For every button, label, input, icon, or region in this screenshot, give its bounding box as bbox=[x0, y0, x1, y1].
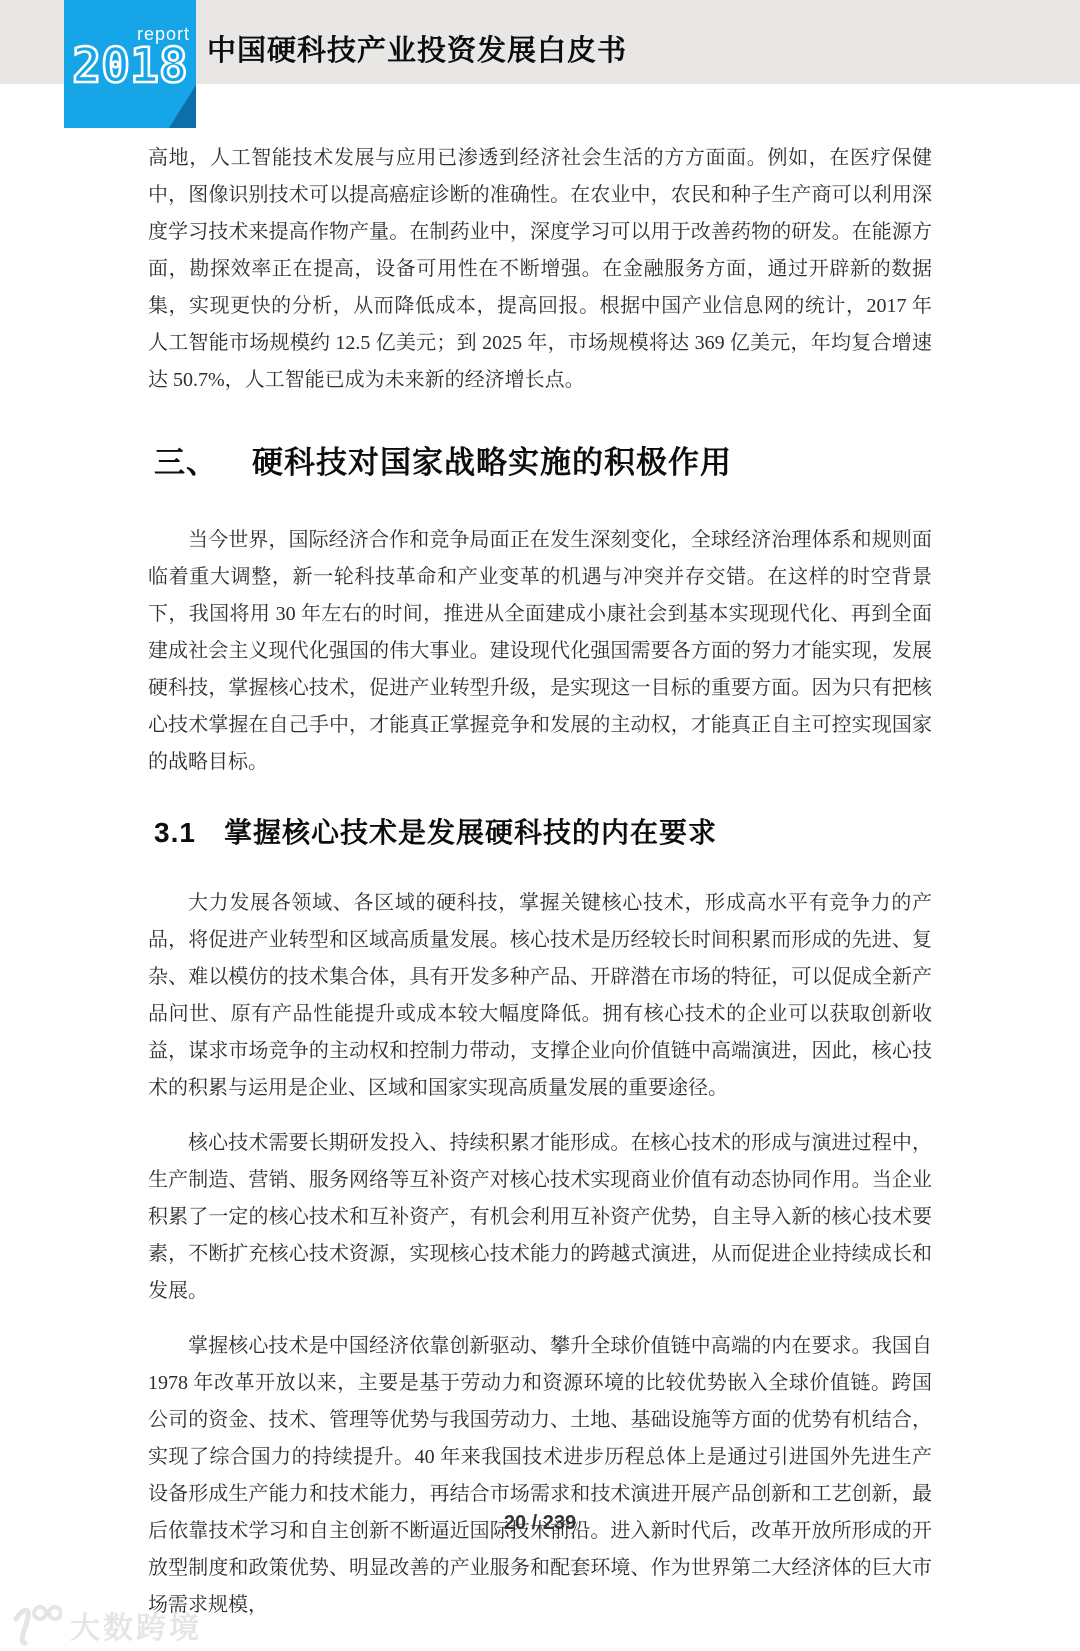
paragraph-core-tech-2: 核心技术需要长期研发投入、持续积累才能形成。在核心技术的形成与演进过程中，生产制… bbox=[148, 1125, 932, 1310]
section-number: 三、 bbox=[154, 445, 218, 480]
year-outline-text: 2018 bbox=[64, 40, 196, 92]
section-heading: 三、硬科技对国家战略实施的积极作用 bbox=[154, 437, 932, 482]
watermark: 大数跨境 bbox=[10, 1603, 202, 1647]
year-ribbon: report 2018 bbox=[64, 0, 196, 128]
subsection-number: 3.1 bbox=[154, 817, 196, 848]
section-title: 硬科技对国家战略实施的积极作用 bbox=[252, 445, 732, 480]
watermark-text: 大数跨境 bbox=[70, 1603, 202, 1647]
paragraph-core-tech-1: 大力发展各领域、各区域的硬科技，掌握关键核心技术，形成高水平有竞争力的产品，将促… bbox=[148, 885, 932, 1107]
subsection-heading: 3.1掌握核心技术是发展硬科技的内在要求 bbox=[154, 811, 932, 851]
document-page: report 2018 中国硬科技产业投资发展白皮书 高地，人工智能技术发展与应… bbox=[0, 0, 1080, 1651]
paragraph-core-tech-3: 掌握核心技术是中国经济依靠创新驱动、攀升全球价值链中高端的内在要求。我国自 19… bbox=[148, 1328, 932, 1624]
document-title: 中国硬科技产业投资发展白皮书 bbox=[207, 28, 627, 69]
page-content: 高地，人工智能技术发展与应用已渗透到经济社会生活的方方面面。例如，在医疗保健中，… bbox=[148, 140, 932, 1642]
subsection-title: 掌握核心技术是发展硬科技的内在要求 bbox=[224, 817, 717, 848]
paragraph-section: 当今世界，国际经济合作和竞争局面正在发生深刻变化，全球经济治理体系和规则面临着重… bbox=[148, 522, 932, 781]
watermark-logo-icon bbox=[10, 1603, 62, 1647]
page-number: 20 / 239 bbox=[0, 1512, 1080, 1535]
svg-text:2018: 2018 bbox=[72, 40, 188, 92]
paragraph-intro: 高地，人工智能技术发展与应用已渗透到经济社会生活的方方面面。例如，在医疗保健中，… bbox=[148, 140, 932, 399]
